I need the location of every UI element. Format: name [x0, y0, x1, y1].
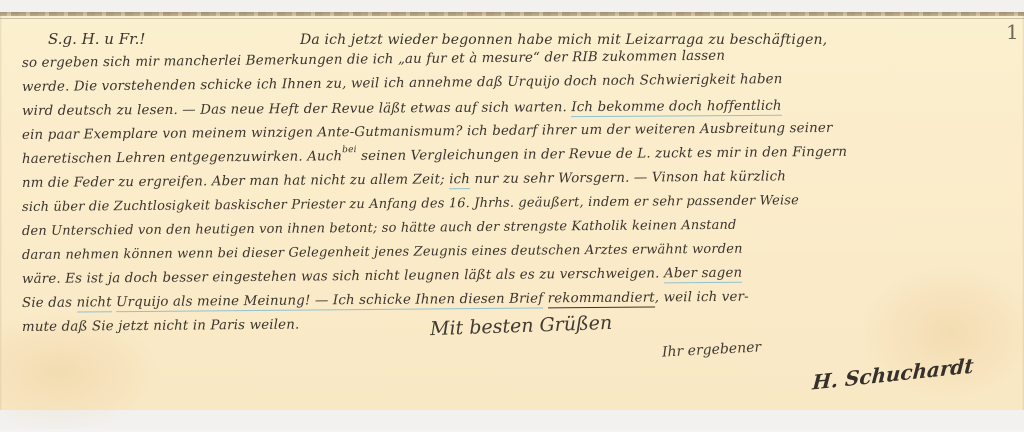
letter-line-1: Da ich jetzt wieder begonnen habe mich m… — [300, 32, 827, 48]
underlined-ich: ich — [449, 172, 470, 189]
underlined-rekommandiert: rekommandiert — [548, 290, 655, 308]
page-number: 1 — [1006, 20, 1019, 44]
underlined-nicht: nicht — [76, 295, 111, 312]
salutation: S.g. H. u Fr.! — [48, 30, 145, 48]
letter-line-13: mute daß Sie jetzt nicht in Paris weilen… — [22, 318, 299, 335]
line-text: , weil ich ver- — [655, 290, 749, 306]
insertion-mark: bei — [342, 145, 357, 155]
underlined-hope-phrase: Ich bekomme doch hoffentlich — [571, 99, 781, 117]
line-text: nur zu sehr Worsgern. — Vinson hat kürzl… — [474, 169, 786, 187]
line-text: Sie das — [22, 296, 72, 311]
underlined-aber-sagen: Aber sagen — [664, 266, 742, 284]
line-text: haeretischen Lehren entgegenzuwirken. Au… — [22, 149, 342, 167]
